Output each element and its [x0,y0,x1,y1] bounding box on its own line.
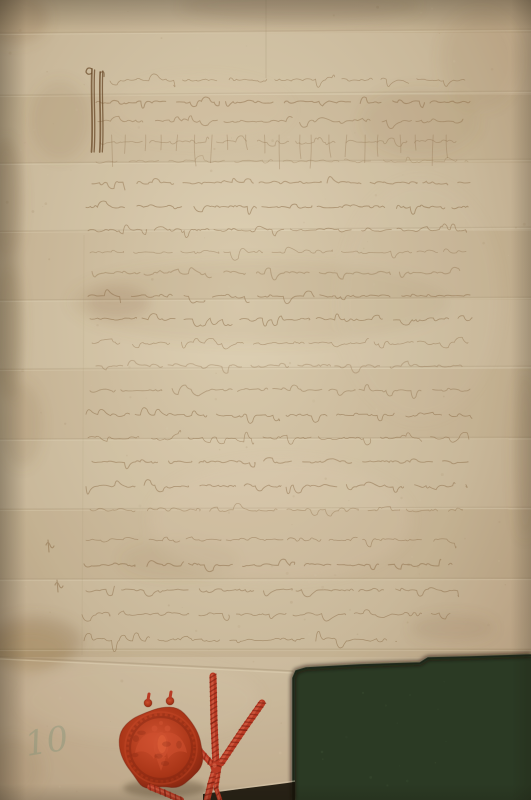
charter-scene: 10 [0,0,531,800]
green-backing-board [293,655,531,800]
photographed-parchment-charter: 10 [0,0,531,800]
